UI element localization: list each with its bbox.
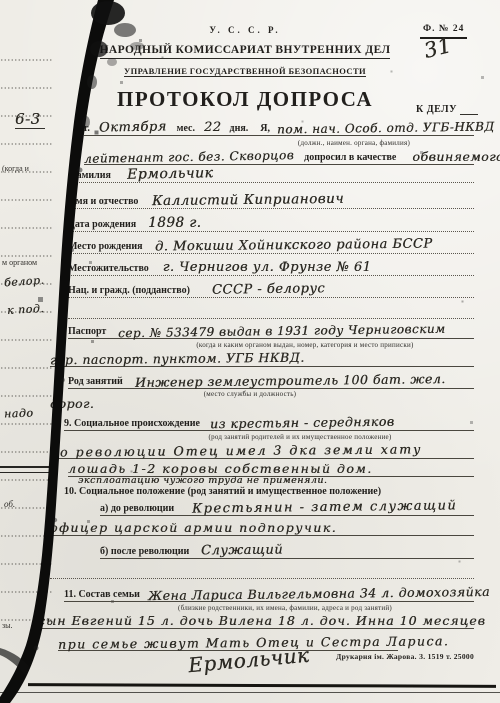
field-nationality: Нац. и гражд. (подданство) СССР - белору… <box>68 279 474 298</box>
social-status-before-value: Крестьянин - затем служащий <box>192 499 457 516</box>
margin-fragment-printed: м органом <box>2 259 37 267</box>
pronoun-label: Я, <box>260 124 270 136</box>
ink-specks <box>0 0 1 1</box>
blank-rule-1 <box>68 300 474 319</box>
field-family: 11. Состав семьи Жена Лариса Вильгельмов… <box>64 583 474 602</box>
field-family-label: 11. Состав семьи <box>64 590 140 602</box>
year-suffix-label: г. <box>84 124 90 136</box>
field-passport-value2: гор. паспорт. пунктом. УГБ НКВД. <box>50 351 305 367</box>
day-handwritten: 22 <box>204 121 222 135</box>
field-passport-label: Паспорт <box>68 327 106 339</box>
margin-fragment-handwritten: надо <box>4 407 34 419</box>
field-passport: Паспорт сер. № 533479 выдан в 1931 году … <box>68 320 474 339</box>
field-residence-value: г. Чернигов ул. Фрунзе № 61 <box>163 261 372 275</box>
document-header: У. С. С. Р. НАРОДНЫЙ КОМИССАРИАТ ВНУТРЕН… <box>55 26 435 110</box>
interrogation-date-line: г. Октября мес. 22 дня. Я, пом. нач. Осо… <box>84 117 474 136</box>
field-social-origin: 9. Социальное происхождение из крестьян … <box>64 412 474 431</box>
questioned-as-handwritten: обвиняемого <box>412 151 500 165</box>
social-status-after-label: б) после революции <box>100 547 189 559</box>
margin-fragment-printed: об. <box>4 500 15 509</box>
questioned-as-label: допросил в качестве <box>304 153 396 165</box>
day-suffix-label: дня. <box>230 124 249 136</box>
case-ref-blank <box>460 103 478 115</box>
interrogator-handwritten: пом. нач. Особ. отд. УГБ-НКВД <box>277 120 495 136</box>
field-family-value: Жена Лариса Вильгельмовна 34 л. домохозя… <box>148 585 490 603</box>
field-surname-value: Ермольчик <box>127 166 214 183</box>
month-suffix-label: мес. <box>177 124 195 136</box>
field-surname: Фамилия Ермольчик <box>68 164 474 183</box>
field-birth-place: Место рождения д. Мокиши Хойникского рай… <box>68 235 474 254</box>
margin-double-rule <box>0 466 57 473</box>
month-handwritten: Октября <box>99 120 167 135</box>
margin-fragment-handwritten: к под. <box>7 303 45 316</box>
social-origin-line2: до революции Отец имел 3 дка земли хату <box>50 440 474 459</box>
case-ref-line: К ДЕЛУ <box>416 103 478 115</box>
blank-rule-2 <box>50 560 474 579</box>
margin-fragment-handwritten: 6-3 <box>15 112 45 129</box>
field-name-value: Каллистий Киприанович <box>152 192 344 209</box>
social-status-before: а) до революции Крестьянин - затем служа… <box>100 497 474 516</box>
field-birth-date: Дата рождения 1898 г. <box>68 213 474 232</box>
social-status-after: б) после революции Служащий <box>100 540 474 559</box>
social-status-before-value2: офицер царской армии подпоручик. <box>50 522 337 536</box>
protocol-page: Ф. № 24 31 У. С. С. Р. НАРОДНЫЙ КОМИССАР… <box>0 0 500 703</box>
field-occupation-value2: дорог. <box>50 398 94 412</box>
field-nationality-label: Нац. и гражд. (подданство) <box>68 286 190 298</box>
print-shop-imprint: Друкарня ім. Жарова. З. 1519 т. 25000 <box>336 653 474 661</box>
document-title: ПРОТОКОЛ ДОПРОСА <box>55 88 435 110</box>
header-country: У. С. С. Р. <box>55 26 435 35</box>
social-status-before-label: а) до революции <box>100 504 174 516</box>
field-occupation: Род занятий Инженер землеустроитель 100 … <box>68 370 474 389</box>
bottom-rule-thin <box>0 692 500 693</box>
family-line2: сын Евгений 15 л. дочь Вилена 18 л. доч.… <box>38 610 474 629</box>
ministry-line: НАРОДНЫЙ КОМИССАРИАТ ВНУТРЕННИХ ДЕЛ <box>100 44 391 58</box>
field-occupation-line2: дорог. <box>50 393 474 411</box>
field-birth-date-value: 1898 г. <box>148 217 201 232</box>
field-occupation-value: Инженер землеустроитель 100 бат. жел. <box>135 373 446 390</box>
field-social-status: 10. Социальное положение (род занятий и … <box>64 484 474 498</box>
margin-fragment-printed: зы. <box>2 622 13 630</box>
field-surname-label: Фамилия <box>68 171 111 183</box>
social-status-after-value: Служащий <box>201 544 283 559</box>
directorate-line: УПРАВЛЕНИЕ ГОСУДАРСТВЕННОЙ БЕЗОПАСНОСТИ <box>124 67 366 78</box>
case-ref-label: К ДЕЛУ <box>416 105 457 116</box>
interrogator-rank-line: лейтенант гос. без. Скворцов допросил в … <box>84 146 474 165</box>
margin-fragment-printed: (когда и <box>2 165 29 173</box>
field-passport-line2: гор. паспорт. пунктом. УГБ НКВД. <box>50 348 474 367</box>
field-birth-place-label: Место рождения <box>68 242 143 254</box>
field-residence-label: Местожительство <box>68 264 149 276</box>
field-name-label: Имя и отчество <box>68 197 138 209</box>
margin-fragment-handwritten: белор. <box>4 275 45 289</box>
family-line2-value: сын Евгений 15 л. дочь Вилена 18 л. доч.… <box>38 615 486 629</box>
bottom-rule-thick <box>28 683 496 688</box>
field-residence: Местожительство г. Чернигов ул. Фрунзе №… <box>68 257 474 276</box>
field-occupation-label: Род занятий <box>68 377 123 389</box>
field-passport-value: сер. № 533479 выдан в 1931 году Чернигов… <box>118 323 446 341</box>
social-status-before-line2: офицер царской армии подпоручик. <box>50 517 474 536</box>
field-birth-place-value: д. Мокиши Хойникского района БССР <box>155 238 433 255</box>
field-name: Имя и отчество Каллистий Киприанович <box>68 190 474 209</box>
field-birth-date-label: Дата рождения <box>68 220 136 232</box>
field-social-origin-label: 9. Социальное происхождение <box>64 419 200 431</box>
field-social-origin-value: из крестьян - середняков <box>210 415 395 431</box>
field-nationality-value: СССР - белорус <box>212 282 325 298</box>
family-line3: при семье живут Мать Отец и Сестра Ларис… <box>58 632 398 651</box>
